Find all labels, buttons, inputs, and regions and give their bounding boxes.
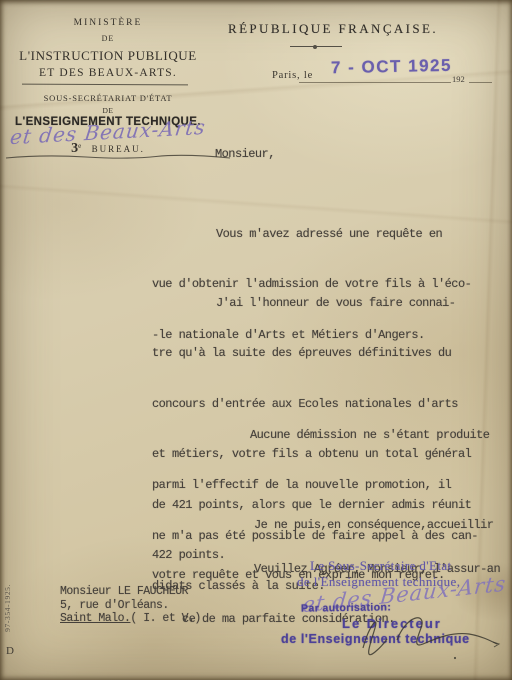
recipient-address-block: Monsieur LE FAUCHEUR 5, rue d'Orléans. S… xyxy=(60,585,201,626)
recipient-name: Monsieur LE FAUCHEUR xyxy=(60,585,201,599)
date-prefix: Paris, le xyxy=(272,70,313,81)
body-line: tre qu'à la suite des épreuves définitiv… xyxy=(152,342,471,364)
recipient-city-underlined: Saint Malo. xyxy=(60,612,130,625)
date-underline xyxy=(299,82,451,83)
recipient-street: 5, rue d'Orléans. xyxy=(60,599,201,613)
letterhead-divider xyxy=(22,84,188,86)
printer-reference: 97-354-1925. xyxy=(3,584,12,632)
body-line: J'ai l'honneur de vous faire connai- xyxy=(152,292,471,314)
hand-ruled-underline xyxy=(4,152,232,162)
signer-title-line: Le Sous-Secrétaire d'Etat xyxy=(310,558,452,574)
ornament-divider xyxy=(290,46,342,47)
recipient-city-rest: ( I. et V.) xyxy=(130,612,200,625)
body-line: Vous m'avez adressé une requête en xyxy=(152,223,471,245)
recipient-city: Saint Malo.( I. et V.) xyxy=(60,612,201,626)
sous-secretariat-line: DE xyxy=(10,106,206,115)
date-stamp: 7 - OCT 1925 xyxy=(331,56,452,79)
ministry-line: L'INSTRUCTION PUBLIQUE xyxy=(10,48,206,64)
ink-signature xyxy=(335,606,512,670)
margin-letter-d: D xyxy=(6,645,14,657)
republique-francaise-heading: RÉPUBLIQUE FRANÇAISE. xyxy=(228,21,418,37)
body-line: Aucune démission ne s'étant produite xyxy=(152,424,489,446)
ministry-line: DE xyxy=(10,34,206,43)
ministry-line: MINISTÈRE xyxy=(10,18,206,28)
ministry-line: ET DES BEAUX-ARTS. xyxy=(10,67,206,79)
bureau-exponent: e xyxy=(78,142,83,150)
sous-secretariat-line: SOUS-SECRÉTARIAT D'ÉTAT xyxy=(10,93,206,103)
scanned-letter-page: MINISTÈRE DE L'INSTRUCTION PUBLIQUE ET D… xyxy=(0,0,512,680)
printed-year: 192 xyxy=(452,74,465,84)
date-underline-short xyxy=(469,82,492,83)
salutation: Monsieur, xyxy=(215,147,275,161)
letterhead-block: MINISTÈRE DE L'INSTRUCTION PUBLIQUE ET D… xyxy=(10,10,206,160)
